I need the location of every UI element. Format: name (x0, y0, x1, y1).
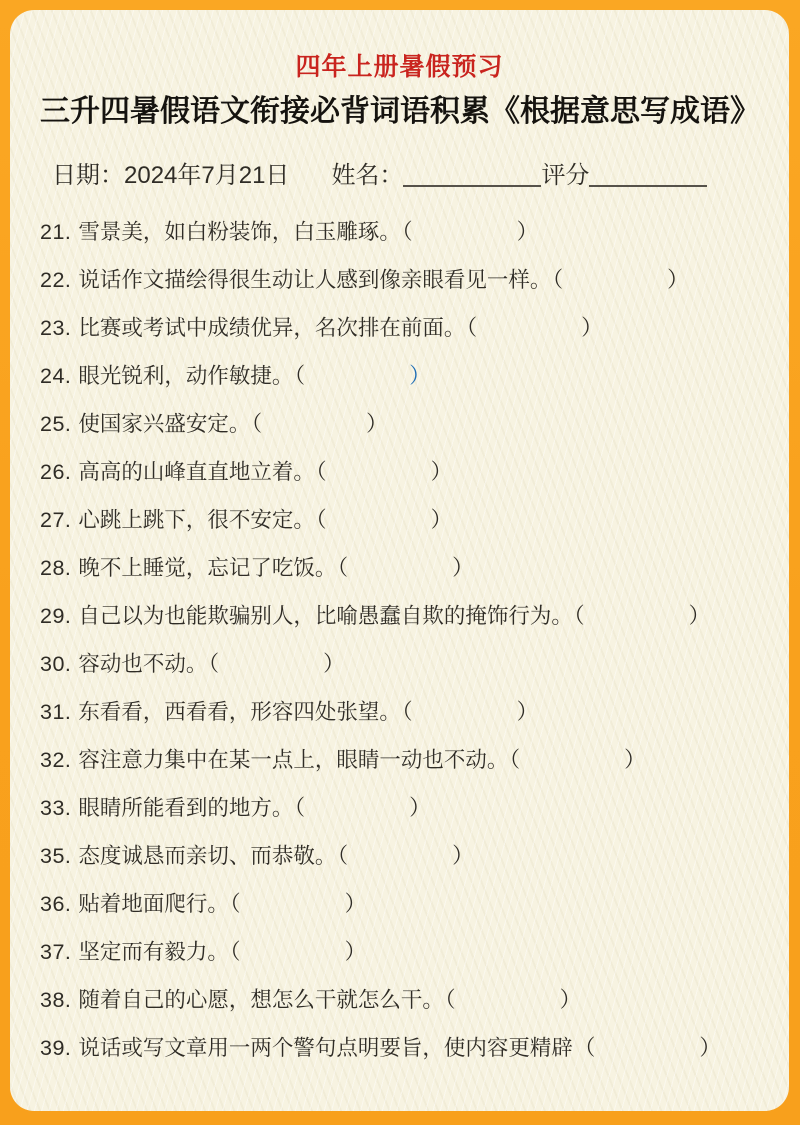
answer-blank (327, 478, 431, 479)
close-paren: ） (452, 844, 474, 868)
question-text: 东看看，西看看，形容四处张望。 (78, 700, 401, 724)
open-paren: （ (574, 1036, 596, 1060)
question-row: 38.随着自己的心愿，想怎么干就怎么干。（） (40, 976, 759, 1024)
answer-blank (241, 958, 345, 959)
close-paren: ） (624, 748, 646, 772)
question-text: 说话作文描绘得很生动让人感到像亲眼看见一样。 (78, 268, 551, 292)
question-number: 29. (40, 592, 71, 640)
paper-sheet: 四年上册暑假预习 三升四暑假语文衔接必背词语积累《根据意思写成语》 日期：202… (10, 10, 789, 1111)
question-row: 24.眼光锐利，动作敏捷。（） (40, 352, 759, 400)
question-text: 随着自己的心愿，想怎么干就怎么干。 (78, 988, 444, 1012)
question-number: 37. (40, 928, 71, 976)
question-number: 25. (40, 400, 71, 448)
date-label: 日期： (52, 162, 124, 189)
answer-blank (219, 670, 323, 671)
page-title: 三升四暑假语文衔接必背词语积累《根据意思写成语》 (40, 92, 759, 132)
answer-blank (585, 622, 689, 623)
open-paren: （ (337, 556, 348, 580)
close-paren: ） (581, 316, 603, 340)
answer-blank (348, 574, 452, 575)
question-row: 25.使国家兴盛安定。（） (40, 400, 759, 448)
question-text: 态度诚恳而亲切、而恭敬。 (78, 844, 336, 868)
answer-blank (262, 430, 366, 431)
header-meta: 日期：2024年7月21日姓名：评分 (52, 158, 759, 194)
question-row: 31.东看看，西看看，形容四处张望。（） (40, 688, 759, 736)
question-number: 26. (40, 448, 71, 496)
open-paren: （ (208, 652, 219, 676)
question-row: 22.说话作文描绘得很生动让人感到像亲眼看见一样。（） (40, 256, 759, 304)
answer-blank (327, 526, 431, 527)
question-row: 37.坚定而有毅力。（） (40, 928, 759, 976)
question-number: 28. (40, 544, 71, 592)
question-row: 39.说话或写文章用一两个警句点明要旨，使内容更精辟（） (40, 1024, 759, 1072)
question-text: 高高的山峰直直地立着。 (78, 460, 315, 484)
answer-blank (413, 718, 517, 719)
close-paren: ） (699, 1036, 721, 1060)
question-row: 23.比赛或考试中成绩优异，名次排在前面。（） (40, 304, 759, 352)
open-paren: （ (466, 316, 477, 340)
question-row: 30.容动也不动。（） (40, 640, 759, 688)
open-paren: （ (402, 700, 413, 724)
open-paren: （ (402, 220, 413, 244)
question-number: 22. (40, 256, 71, 304)
open-paren: （ (445, 988, 456, 1012)
question-row: 29.自己以为也能欺骗别人，比喻愚蠢自欺的掩饰行为。（） (40, 592, 759, 640)
question-number: 23. (40, 304, 71, 352)
answer-blank (305, 382, 409, 383)
question-text: 使国家兴盛安定。 (78, 412, 250, 436)
question-number: 38. (40, 976, 71, 1024)
close-paren: ） (409, 364, 431, 388)
question-text: 说话或写文章用一两个警句点明要旨，使内容更精辟 (78, 1036, 573, 1060)
name-blank (403, 161, 541, 187)
close-paren: ） (323, 652, 345, 676)
question-text: 容注意力集中在某一点上，眼睛一动也不动。 (78, 748, 508, 772)
open-paren: （ (337, 844, 348, 868)
question-number: 39. (40, 1024, 71, 1072)
question-row: 36.贴着地面爬行。（） (40, 880, 759, 928)
question-number: 32. (40, 736, 71, 784)
answer-blank (305, 814, 409, 815)
question-text: 眼睛所能看到的地方。 (78, 796, 293, 820)
open-paren: （ (316, 460, 327, 484)
answer-blank (595, 1054, 699, 1055)
question-row: 28.晚不上睡觉，忘记了吃饭。（） (40, 544, 759, 592)
date-value: 2024年7月21日 (124, 162, 289, 189)
question-text: 比赛或考试中成绩优异，名次排在前面。 (78, 316, 465, 340)
answer-blank (413, 238, 517, 239)
answer-blank (520, 766, 624, 767)
open-paren: （ (230, 940, 241, 964)
question-row: 35.态度诚恳而亲切、而恭敬。（） (40, 832, 759, 880)
answer-blank (477, 334, 581, 335)
question-number: 30. (40, 640, 71, 688)
answer-blank (241, 910, 345, 911)
question-number: 36. (40, 880, 71, 928)
open-paren: （ (251, 412, 262, 436)
answer-blank (348, 862, 452, 863)
question-number: 21. (40, 208, 71, 256)
close-paren: ） (431, 508, 453, 532)
close-paren: ） (517, 220, 539, 244)
question-text: 自己以为也能欺骗别人，比喻愚蠢自欺的掩饰行为。 (78, 604, 573, 628)
open-paren: （ (316, 508, 327, 532)
question-number: 31. (40, 688, 71, 736)
close-paren: ） (452, 556, 474, 580)
answer-blank (456, 1006, 560, 1007)
question-text: 晚不上睡觉，忘记了吃饭。 (78, 556, 336, 580)
question-text: 雪景美，如白粉装饰，白玉雕琢。 (78, 220, 401, 244)
worksheet-page: 四年上册暑假预习 三升四暑假语文衔接必背词语积累《根据意思写成语》 日期：202… (0, 0, 800, 1125)
category-label: 四年上册暑假预习 (40, 54, 759, 80)
open-paren: （ (294, 796, 305, 820)
close-paren: ） (560, 988, 582, 1012)
close-paren: ） (667, 268, 689, 292)
question-row: 26.高高的山峰直直地立着。（） (40, 448, 759, 496)
close-paren: ） (517, 700, 539, 724)
score-blank (589, 161, 707, 187)
question-number: 27. (40, 496, 71, 544)
close-paren: ） (431, 460, 453, 484)
close-paren: ） (345, 892, 367, 916)
question-text: 贴着地面爬行。 (78, 892, 229, 916)
open-paren: （ (552, 268, 563, 292)
close-paren: ） (409, 796, 431, 820)
close-paren: ） (366, 412, 388, 436)
open-paren: （ (294, 364, 305, 388)
question-text: 容动也不动。 (78, 652, 207, 676)
question-row: 27.心跳上跳下，很不安定。（） (40, 496, 759, 544)
question-list: 21.雪景美，如白粉装饰，白玉雕琢。（） 22.说话作文描绘得很生动让人感到像亲… (40, 208, 759, 1072)
question-text: 心跳上跳下，很不安定。 (78, 508, 315, 532)
question-row: 32.容注意力集中在某一点上，眼睛一动也不动。（） (40, 736, 759, 784)
question-row: 21.雪景美，如白粉装饰，白玉雕琢。（） (40, 208, 759, 256)
close-paren: ） (689, 604, 711, 628)
question-number: 33. (40, 784, 71, 832)
answer-blank (563, 286, 667, 287)
close-paren: ） (345, 940, 367, 964)
name-label: 姓名： (331, 162, 403, 189)
question-row: 33.眼睛所能看到的地方。（） (40, 784, 759, 832)
question-text: 坚定而有毅力。 (78, 940, 229, 964)
question-number: 35. (40, 832, 71, 880)
question-number: 24. (40, 352, 71, 400)
open-paren: （ (574, 604, 585, 628)
open-paren: （ (230, 892, 241, 916)
open-paren: （ (509, 748, 520, 772)
question-text: 眼光锐利，动作敏捷。 (78, 364, 293, 388)
score-label: 评分 (541, 162, 589, 189)
